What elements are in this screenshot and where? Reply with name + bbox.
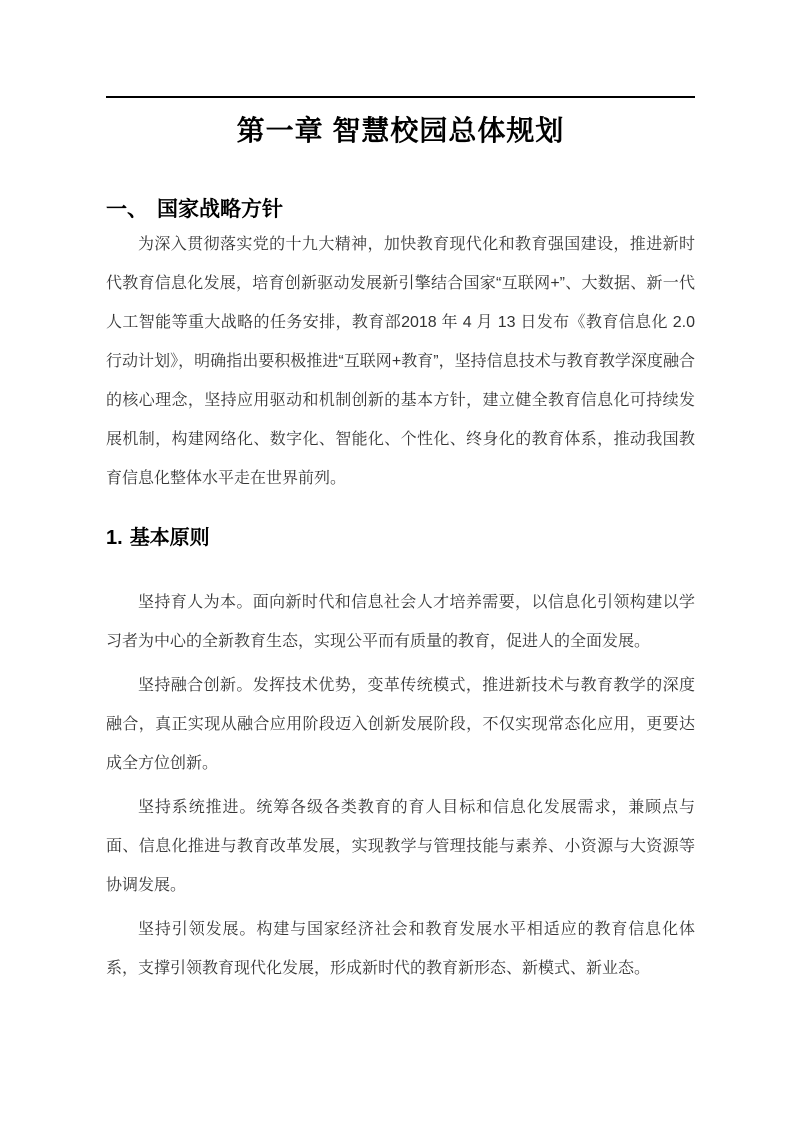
paragraph-national-strategy: 为深入贯彻落实党的十九大精神，加快教育现代化和教育强国建设，推进新时代教育信息化…: [106, 225, 695, 498]
section-heading-text: 国家战略方针: [157, 198, 283, 221]
subsection-heading-text: 基本原则: [130, 527, 210, 549]
paragraph-principle-4: 坚持引领发展。构建与国家经济社会和教育发展水平相适应的教育信息化体系，支撑引领教…: [106, 910, 695, 988]
paragraph-principle-3: 坚持系统推进。统筹各级各类教育的育人目标和信息化发展需求，兼顾点与面、信息化推进…: [106, 788, 695, 905]
subsection-heading: 1.基本原则: [106, 523, 695, 553]
chapter-title: 第一章 智慧校园总体规划: [106, 112, 695, 150]
paragraph-principle-2: 坚持融合创新。发挥技术优势，变革传统模式，推进新技术与教育教学的深度融合，真正实…: [106, 666, 695, 783]
header-divider: [106, 96, 695, 98]
paragraph-principle-1: 坚持育人为本。面向新时代和信息社会人才培养需要，以信息化引领构建以学习者为中心的…: [106, 583, 695, 661]
document-page: 第一章 智慧校园总体规划 一、国家战略方针 为深入贯彻落实党的十九大精神，加快教…: [0, 0, 794, 1122]
subsection-number: 1.: [106, 527, 123, 549]
section-heading: 一、国家战略方针: [106, 194, 695, 225]
section-number: 一、: [106, 198, 148, 221]
